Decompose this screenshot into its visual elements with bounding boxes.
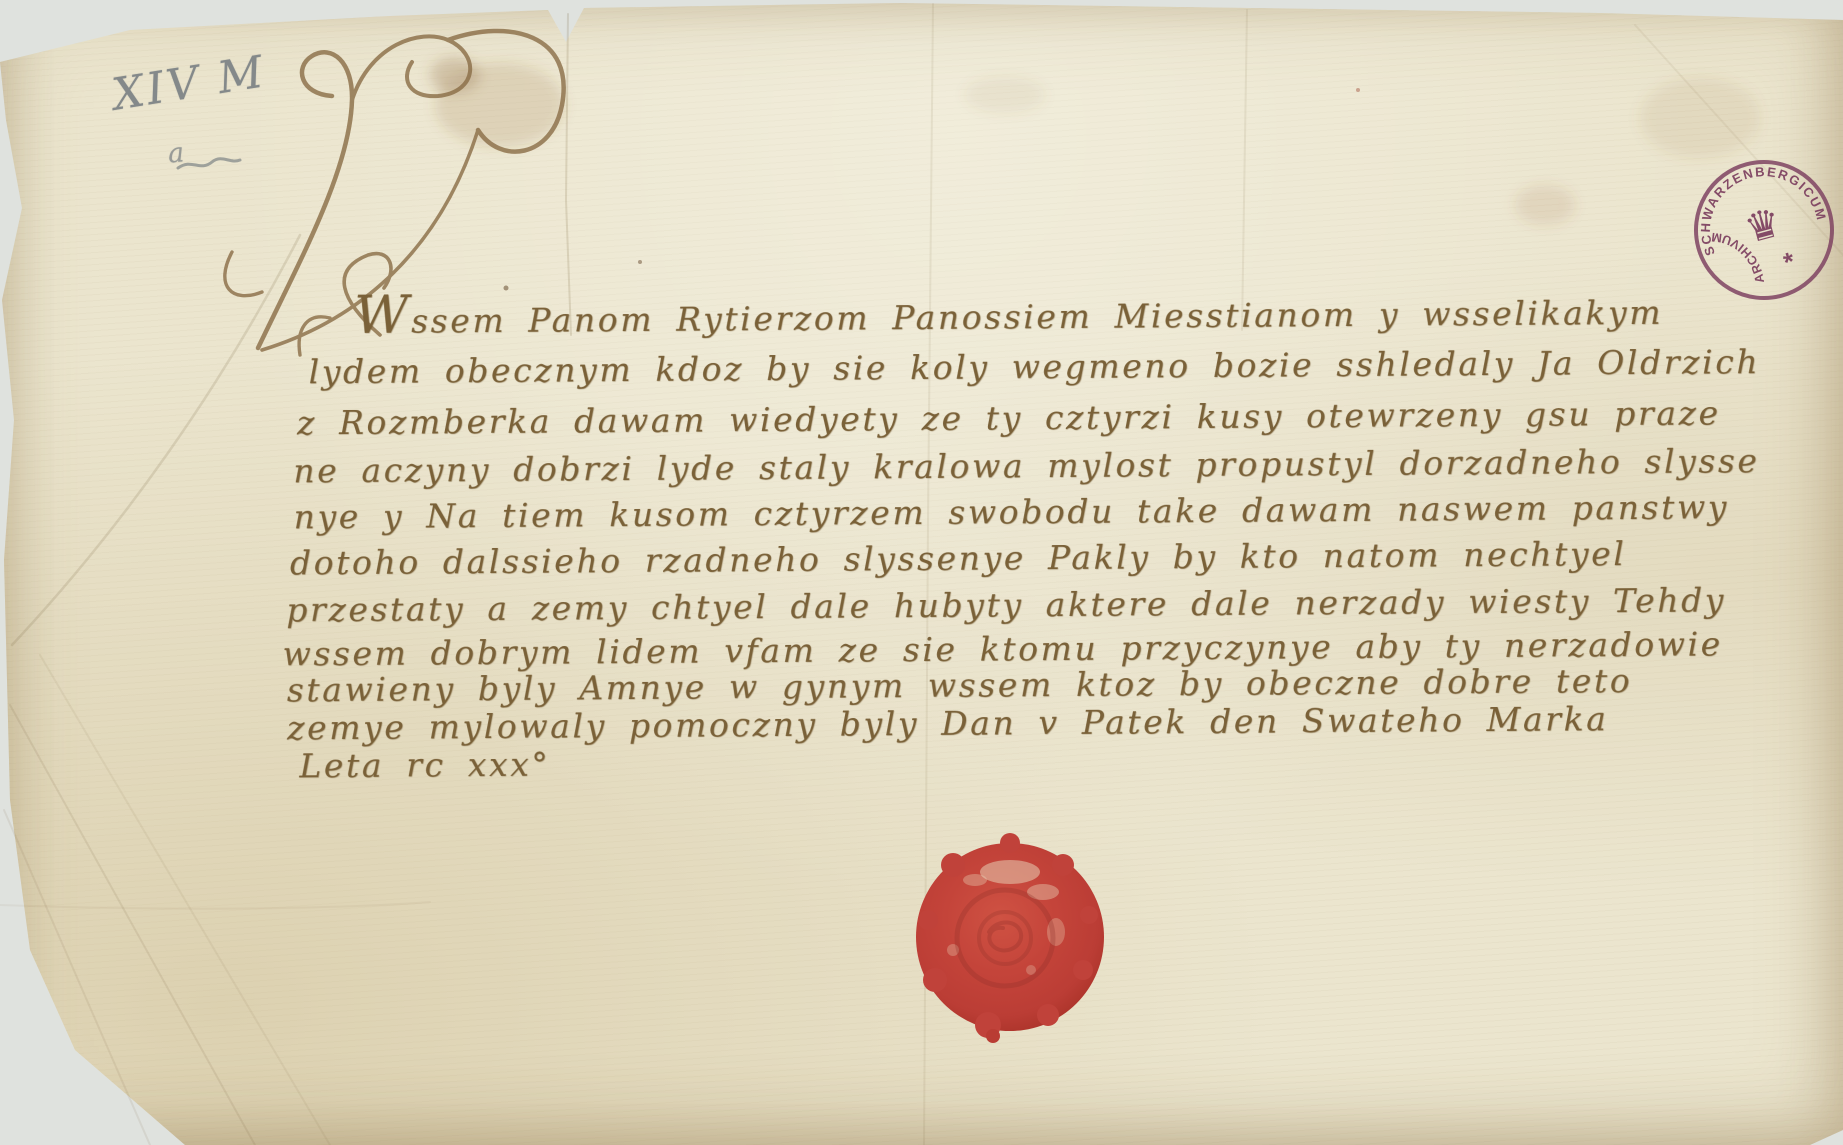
- wax-seal: [893, 820, 1128, 1055]
- manuscript-line: przestaty a zemy chtyel dale hubyty akte…: [286, 580, 1726, 629]
- manuscript-line: Leta rc xxx°: [299, 745, 550, 786]
- manuscript-line: Wssem Panom Rytierzom Panossiem Miesstia…: [354, 286, 1663, 341]
- manuscript-line: z Rozmberka dawam wiedyety ze ty cztyrzi…: [297, 393, 1721, 442]
- manuscript-line: nye y Na tiem kusom cztyrzem swobodu tak…: [293, 487, 1729, 536]
- manuscript-line: lydem obecznym kdoz by sie koly wegmeno …: [308, 342, 1760, 391]
- manuscript-scan: XIV M a Wssem Panom Rytierzom Panossiem …: [0, 0, 1843, 1145]
- manuscript-line: zemye mylowaly pomoczny byly Dan v Patek…: [287, 699, 1609, 747]
- manuscript-line: ne aczyny dobrzi lyde staly kralowa mylo…: [293, 441, 1760, 490]
- stamp-star: *: [1780, 246, 1798, 278]
- archive-stamp: SCHWARZENBERGICUM ARCHIVUM ♛ *: [1676, 142, 1843, 318]
- manuscript-line: dotoho dalssieho rzadneho slyssenye Pakl…: [290, 534, 1627, 582]
